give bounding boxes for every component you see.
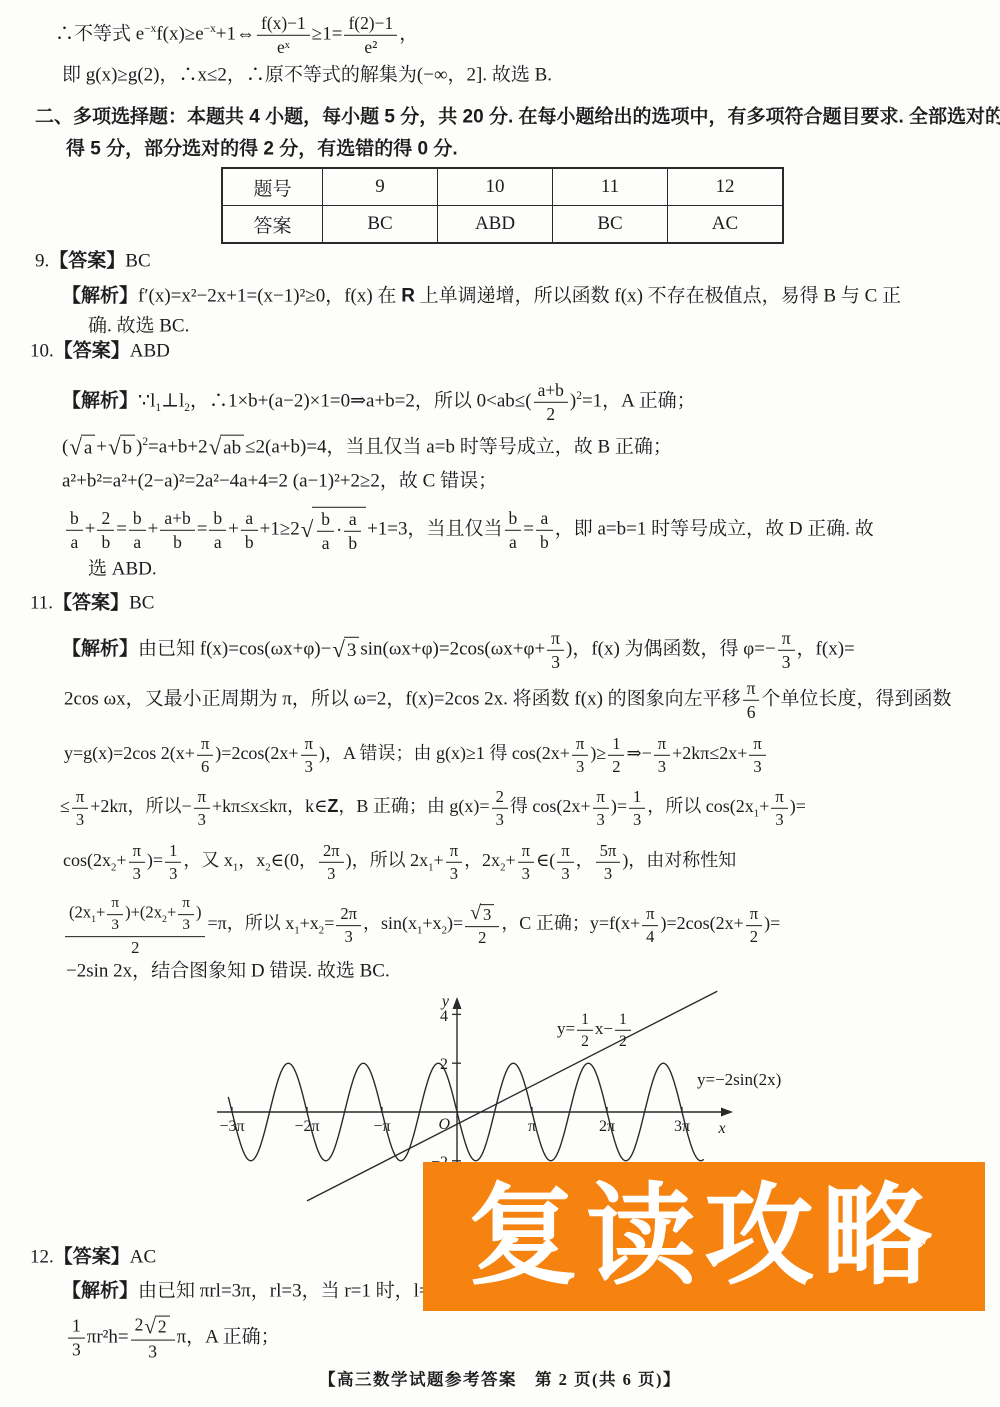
q11-solution-line: ≤π3+2kπ，所以−π3+kπ≤x≤kπ，k∈Z，B 正确；由 g(x)=23… <box>60 787 806 829</box>
x-tick-label: 2π <box>599 1118 615 1135</box>
q11-solution-line: 2cos ωx，又最小正周期为 π，所以 ω=2，f(x)=2cos 2x. 将… <box>64 678 952 722</box>
table-cell: 答案 <box>222 206 323 244</box>
q10-solution-line: 【解析】∵l1⊥l2，∴1×b+(a−2)×1=0⇒a+b=2，所以 0<ab≤… <box>62 380 696 424</box>
watermark-banner: 复读攻略 <box>423 1162 985 1311</box>
answer-sheet-page: ∴不等式 e−xf(x)≥e−x+1⇔f(x)−1eˣ≥1=f(2)−1e²， … <box>0 0 1000 1407</box>
y-axis-arrow <box>453 997 462 1009</box>
table-cell: ABD <box>438 206 553 244</box>
section2-heading-line2: 得 5 分，部分选对的得 2 分，有选错的得 0 分. <box>66 138 458 163</box>
q10-solution-line: a²+b²=a²+(2−a)²=2a²−4a+4=2 (a−1)²+2≥2，故 … <box>62 470 497 495</box>
table-cell: 11 <box>553 168 668 206</box>
table-cell: 9 <box>323 168 438 206</box>
line-equation-label: y=12x−12 <box>557 1010 633 1050</box>
q11-solution-line: cos(2x2+π3)=13，又 x1，x2∈(0，2π3)，所以 2x1+π3… <box>63 841 736 883</box>
q11-solution-line: y=g(x)=2cos 2(x+π6)=2cos(2x+π3)，A 错误；由 g… <box>64 734 768 776</box>
q12-solution-line: 【解析】由已知 πrl=3π，rl=3，当 r=1 时，l= <box>62 1280 430 1305</box>
q10-solution-line: (√a+√b)2=a+b+2√ab≤2(a+b)=4，当且仅当 a=b 时等号成… <box>62 435 672 462</box>
q10-solution-line: 选 ABD. <box>88 558 157 583</box>
q10-solution-line: ba+2b=ba+a+bb=ba+ab+1≥2√ba·ab+1=3，当且仅当ba… <box>64 507 874 553</box>
x-tick-label: 3π <box>674 1118 690 1135</box>
q11-solution-line: (2x1+π3)+(2x2+π3)2=π，所以 x1+x2=2π3，sin(x1… <box>63 893 780 957</box>
watermark-text: 复读攻略 <box>468 1182 940 1292</box>
q12-solution-line: 13πr²h=2√23π，A 正确； <box>66 1315 280 1362</box>
intro-line-1: ∴不等式 e−xf(x)≥e−x+1⇔f(x)−1eˣ≥1=f(2)−1e²， <box>55 13 418 57</box>
section2-heading-line1: 二、多项选择题：本题共 4 小题，每小题 5 分，共 20 分. 在每小题给出的… <box>35 106 1000 131</box>
q12-answer-line: 12.【答案】AC <box>30 1246 156 1271</box>
q9-solution-line: 确. 故选 BC. <box>88 315 189 340</box>
table-row-question-numbers: 题号 9 10 11 12 <box>222 168 783 206</box>
table-cell: BC <box>553 206 668 244</box>
table-cell: BC <box>323 206 438 244</box>
x-tick-label: π <box>528 1118 536 1135</box>
y-tick-label: 4 <box>440 1008 448 1025</box>
q11-solution-line: −2sin 2x，结合图象知 D 错误. 故选 BC. <box>66 960 390 985</box>
y-tick-label: 2 <box>440 1056 448 1073</box>
q11-answer-line: 11.【答案】BC <box>30 592 154 617</box>
table-cell: 12 <box>668 168 784 206</box>
table-cell: 10 <box>438 168 553 206</box>
table-row-answers: 答案 BC ABD BC AC <box>222 206 783 244</box>
q9-solution-line: 【解析】f′(x)=x²−2x+1=(x−1)²≥0，f(x) 在 R 上单调递… <box>62 285 901 310</box>
q9-answer-line: 9.【答案】BC <box>35 250 151 275</box>
curve-equation-label: y=−2sin(2x) <box>697 1070 781 1090</box>
table-cell: AC <box>668 206 784 244</box>
q11-solution-line: 【解析】由已知 f(x)=cos(ωx+φ)−√3sin(ωx+φ)=2cos(… <box>62 628 855 672</box>
x-tick-label: −π <box>373 1118 390 1135</box>
table-cell: 题号 <box>222 168 323 206</box>
x-axis-arrow <box>721 1108 733 1117</box>
answer-table: 题号 9 10 11 12 答案 BC ABD BC AC <box>221 167 784 244</box>
page-footer: 【高三数学试题参考答案 第 2 页(共 6 页)】 <box>0 1366 1000 1390</box>
intro-line-2: 即 g(x)≥g(2)，∴x≤2，∴原不等式的解集为(−∞，2]. 故选 B. <box>62 64 552 89</box>
x-axis-label: x <box>717 1120 725 1137</box>
x-tick-label: −3π <box>219 1118 244 1135</box>
q10-answer-line: 10.【答案】ABD <box>30 340 170 365</box>
x-tick-label: −2π <box>294 1118 319 1135</box>
origin-label: O <box>438 1116 450 1133</box>
